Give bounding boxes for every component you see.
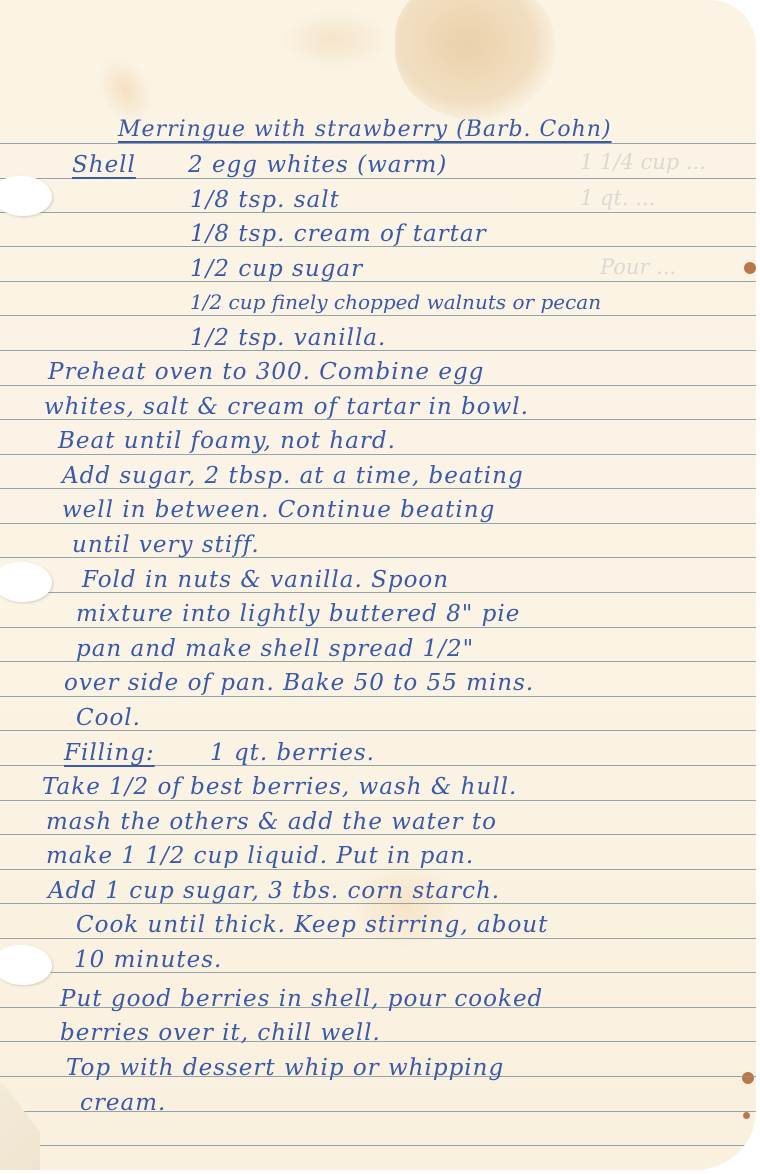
instruction-line: Take 1/2 of best berries, wash & hull. bbox=[42, 774, 517, 800]
ruled-line bbox=[0, 178, 756, 179]
water-stain bbox=[280, 10, 390, 70]
section-label-shell: Shell bbox=[72, 152, 136, 178]
recipe-card: 1 1/4 cup ... 1 qt. ... Pour ... Merring… bbox=[0, 0, 756, 1170]
ruled-line bbox=[0, 1145, 756, 1146]
instruction-line: Preheat oven to 300. Combine egg bbox=[48, 359, 484, 385]
instruction-line: Add 1 cup sugar, 3 tbs. corn starch. bbox=[48, 878, 500, 904]
ruled-line bbox=[0, 523, 756, 524]
instruction-line: well in between. Continue beating bbox=[62, 497, 495, 523]
ingredient-line: 2 egg whites (warm) bbox=[188, 152, 447, 178]
bleed-through-text: 1 1/4 cup ... bbox=[580, 150, 706, 174]
ruled-line bbox=[0, 315, 756, 316]
ruled-line bbox=[0, 627, 756, 628]
ruled-line bbox=[0, 385, 756, 386]
instruction-line: mixture into lightly buttered 8" pie bbox=[76, 601, 520, 627]
instruction-line: berries over it, chill well. bbox=[60, 1020, 381, 1046]
instruction-line: Cool. bbox=[76, 705, 141, 731]
instruction-line: make 1 1/2 cup liquid. Put in pan. bbox=[46, 843, 474, 869]
punch-hole bbox=[0, 945, 52, 985]
bleed-through-text: 1 qt. ... bbox=[580, 186, 655, 210]
instruction-line: whites, salt & cream of tartar in bowl. bbox=[44, 394, 529, 420]
bleed-through-text: Pour ... bbox=[600, 255, 676, 279]
instruction-line: Cook until thick. Keep stirring, about bbox=[76, 912, 548, 938]
instruction-line: Beat until foamy, not hard. bbox=[58, 428, 396, 454]
instruction-line: mash the others & add the water to bbox=[46, 809, 497, 835]
ingredient-line: 1/8 tsp. salt bbox=[190, 187, 340, 213]
ingredient-line: 1/2 cup sugar bbox=[190, 256, 363, 282]
ruled-line bbox=[0, 454, 756, 455]
instruction-line: pan and make shell spread 1/2" bbox=[76, 636, 474, 662]
instruction-line: Top with dessert whip or whipping bbox=[66, 1055, 504, 1081]
ruled-line bbox=[0, 696, 756, 697]
ingredient-line: 1/2 cup finely chopped walnuts or pecan bbox=[190, 290, 601, 314]
instruction-line: Fold in nuts & vanilla. Spoon bbox=[82, 567, 449, 593]
instruction-line: over side of pan. Bake 50 to 55 mins. bbox=[64, 670, 534, 696]
ruled-line bbox=[0, 938, 756, 939]
instruction-line: cream. bbox=[80, 1090, 166, 1116]
punch-hole bbox=[0, 562, 52, 602]
ingredient-line: 1/2 tsp. vanilla. bbox=[190, 325, 386, 351]
ruled-line bbox=[0, 800, 756, 801]
section-label-filling: Filling: bbox=[64, 740, 155, 766]
instruction-line: Add sugar, 2 tbsp. at a time, beating bbox=[62, 463, 524, 489]
ruled-line bbox=[0, 281, 756, 282]
stain-dot bbox=[742, 1072, 754, 1084]
instruction-line: 10 minutes. bbox=[74, 947, 222, 973]
punch-hole bbox=[0, 176, 52, 216]
ingredient-line: 1 qt. berries. bbox=[210, 740, 375, 766]
stain-dot bbox=[744, 262, 756, 274]
water-stain bbox=[395, 0, 555, 120]
ruled-line bbox=[0, 212, 756, 213]
instruction-line: Put good berries in shell, pour cooked bbox=[60, 986, 543, 1012]
recipe-title: Merringue with strawberry (Barb. Cohn) bbox=[118, 117, 612, 142]
ingredient-line: 1/8 tsp. cream of tartar bbox=[190, 221, 487, 247]
ruled-line bbox=[0, 869, 756, 870]
ruled-line bbox=[0, 143, 756, 144]
instruction-line: until very stiff. bbox=[72, 532, 260, 558]
stain-dot bbox=[743, 1112, 750, 1119]
folded-corner bbox=[0, 1080, 40, 1170]
